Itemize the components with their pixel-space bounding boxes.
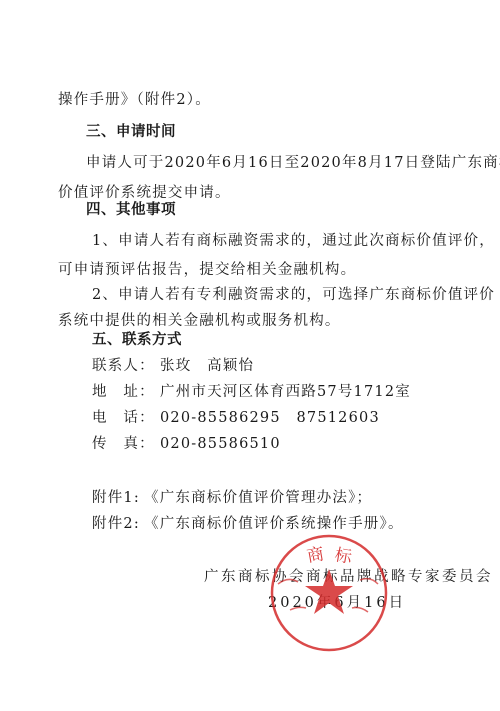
attachment-2-title: 《广东商标价值评价系统操作手册》。 xyxy=(144,516,404,532)
fax-label: 传 真： xyxy=(92,434,160,454)
attachment-1-title: 《广东商标价值评价管理办法》； xyxy=(144,490,372,506)
attachment-2: 附件2:《广东商标价值评价系统操作手册》。 xyxy=(92,514,404,534)
contact-person-value: 张玫 高颖怡 xyxy=(160,358,254,374)
address-value: 广州市天河区体育西路57号1712室 xyxy=(160,384,411,400)
svg-text:商: 商 xyxy=(305,544,325,567)
section-4-item-1-line-2: 可申请预评估报告，提交给相关金融机构。 xyxy=(58,260,356,280)
contact-person-label: 联系人： xyxy=(92,356,160,376)
signature-date: 2020年6月16日 xyxy=(268,593,406,613)
section-3-paragraph-line-1: 申请人可于2020年6月16日至2020年8月17日登陆广东商标 xyxy=(86,153,500,173)
address-label: 地 址： xyxy=(92,382,160,402)
attachment-1-label: 附件1: xyxy=(92,488,144,508)
svg-text:标: 标 xyxy=(333,545,354,568)
section-3-heading: 三、申请时间 xyxy=(86,122,176,142)
phone-row: 电 话：020-85586295 87512603 xyxy=(92,408,380,428)
section-4-item-2-line-2: 系统中提供的相关金融机构或服务机构。 xyxy=(58,311,341,331)
phone-value: 020-85586295 87512603 xyxy=(160,410,380,426)
section-4-item-1-line-1: 1、申请人若有商标融资需求的，通过此次商标价值评价， xyxy=(92,231,495,251)
section-4-heading: 四、其他事项 xyxy=(86,200,176,220)
document-page: 操作手册》（附件2）。 三、申请时间 申请人可于2020年6月16日至2020年… xyxy=(0,0,500,711)
phone-label: 电 话： xyxy=(92,408,160,428)
fax-row: 传 真：020-85586510 xyxy=(92,434,281,454)
section-5-heading: 五、联系方式 xyxy=(92,330,182,350)
attachment-2-label: 附件2: xyxy=(92,514,144,534)
attachment-1: 附件1:《广东商标价值评价管理办法》； xyxy=(92,488,372,508)
address-row: 地 址：广州市天河区体育西路57号1712室 xyxy=(92,382,411,402)
continuation-line: 操作手册》（附件2）。 xyxy=(58,90,211,110)
signature-organization: 广东商标协会商标品牌战略专家委员会 xyxy=(204,567,493,587)
section-4-item-2-line-1: 2、申请人若有专利融资需求的，可选择广东商标价值评价 xyxy=(92,285,495,305)
contact-person-row: 联系人：张玫 高颖怡 xyxy=(92,356,254,376)
fax-value: 020-85586510 xyxy=(160,436,281,452)
